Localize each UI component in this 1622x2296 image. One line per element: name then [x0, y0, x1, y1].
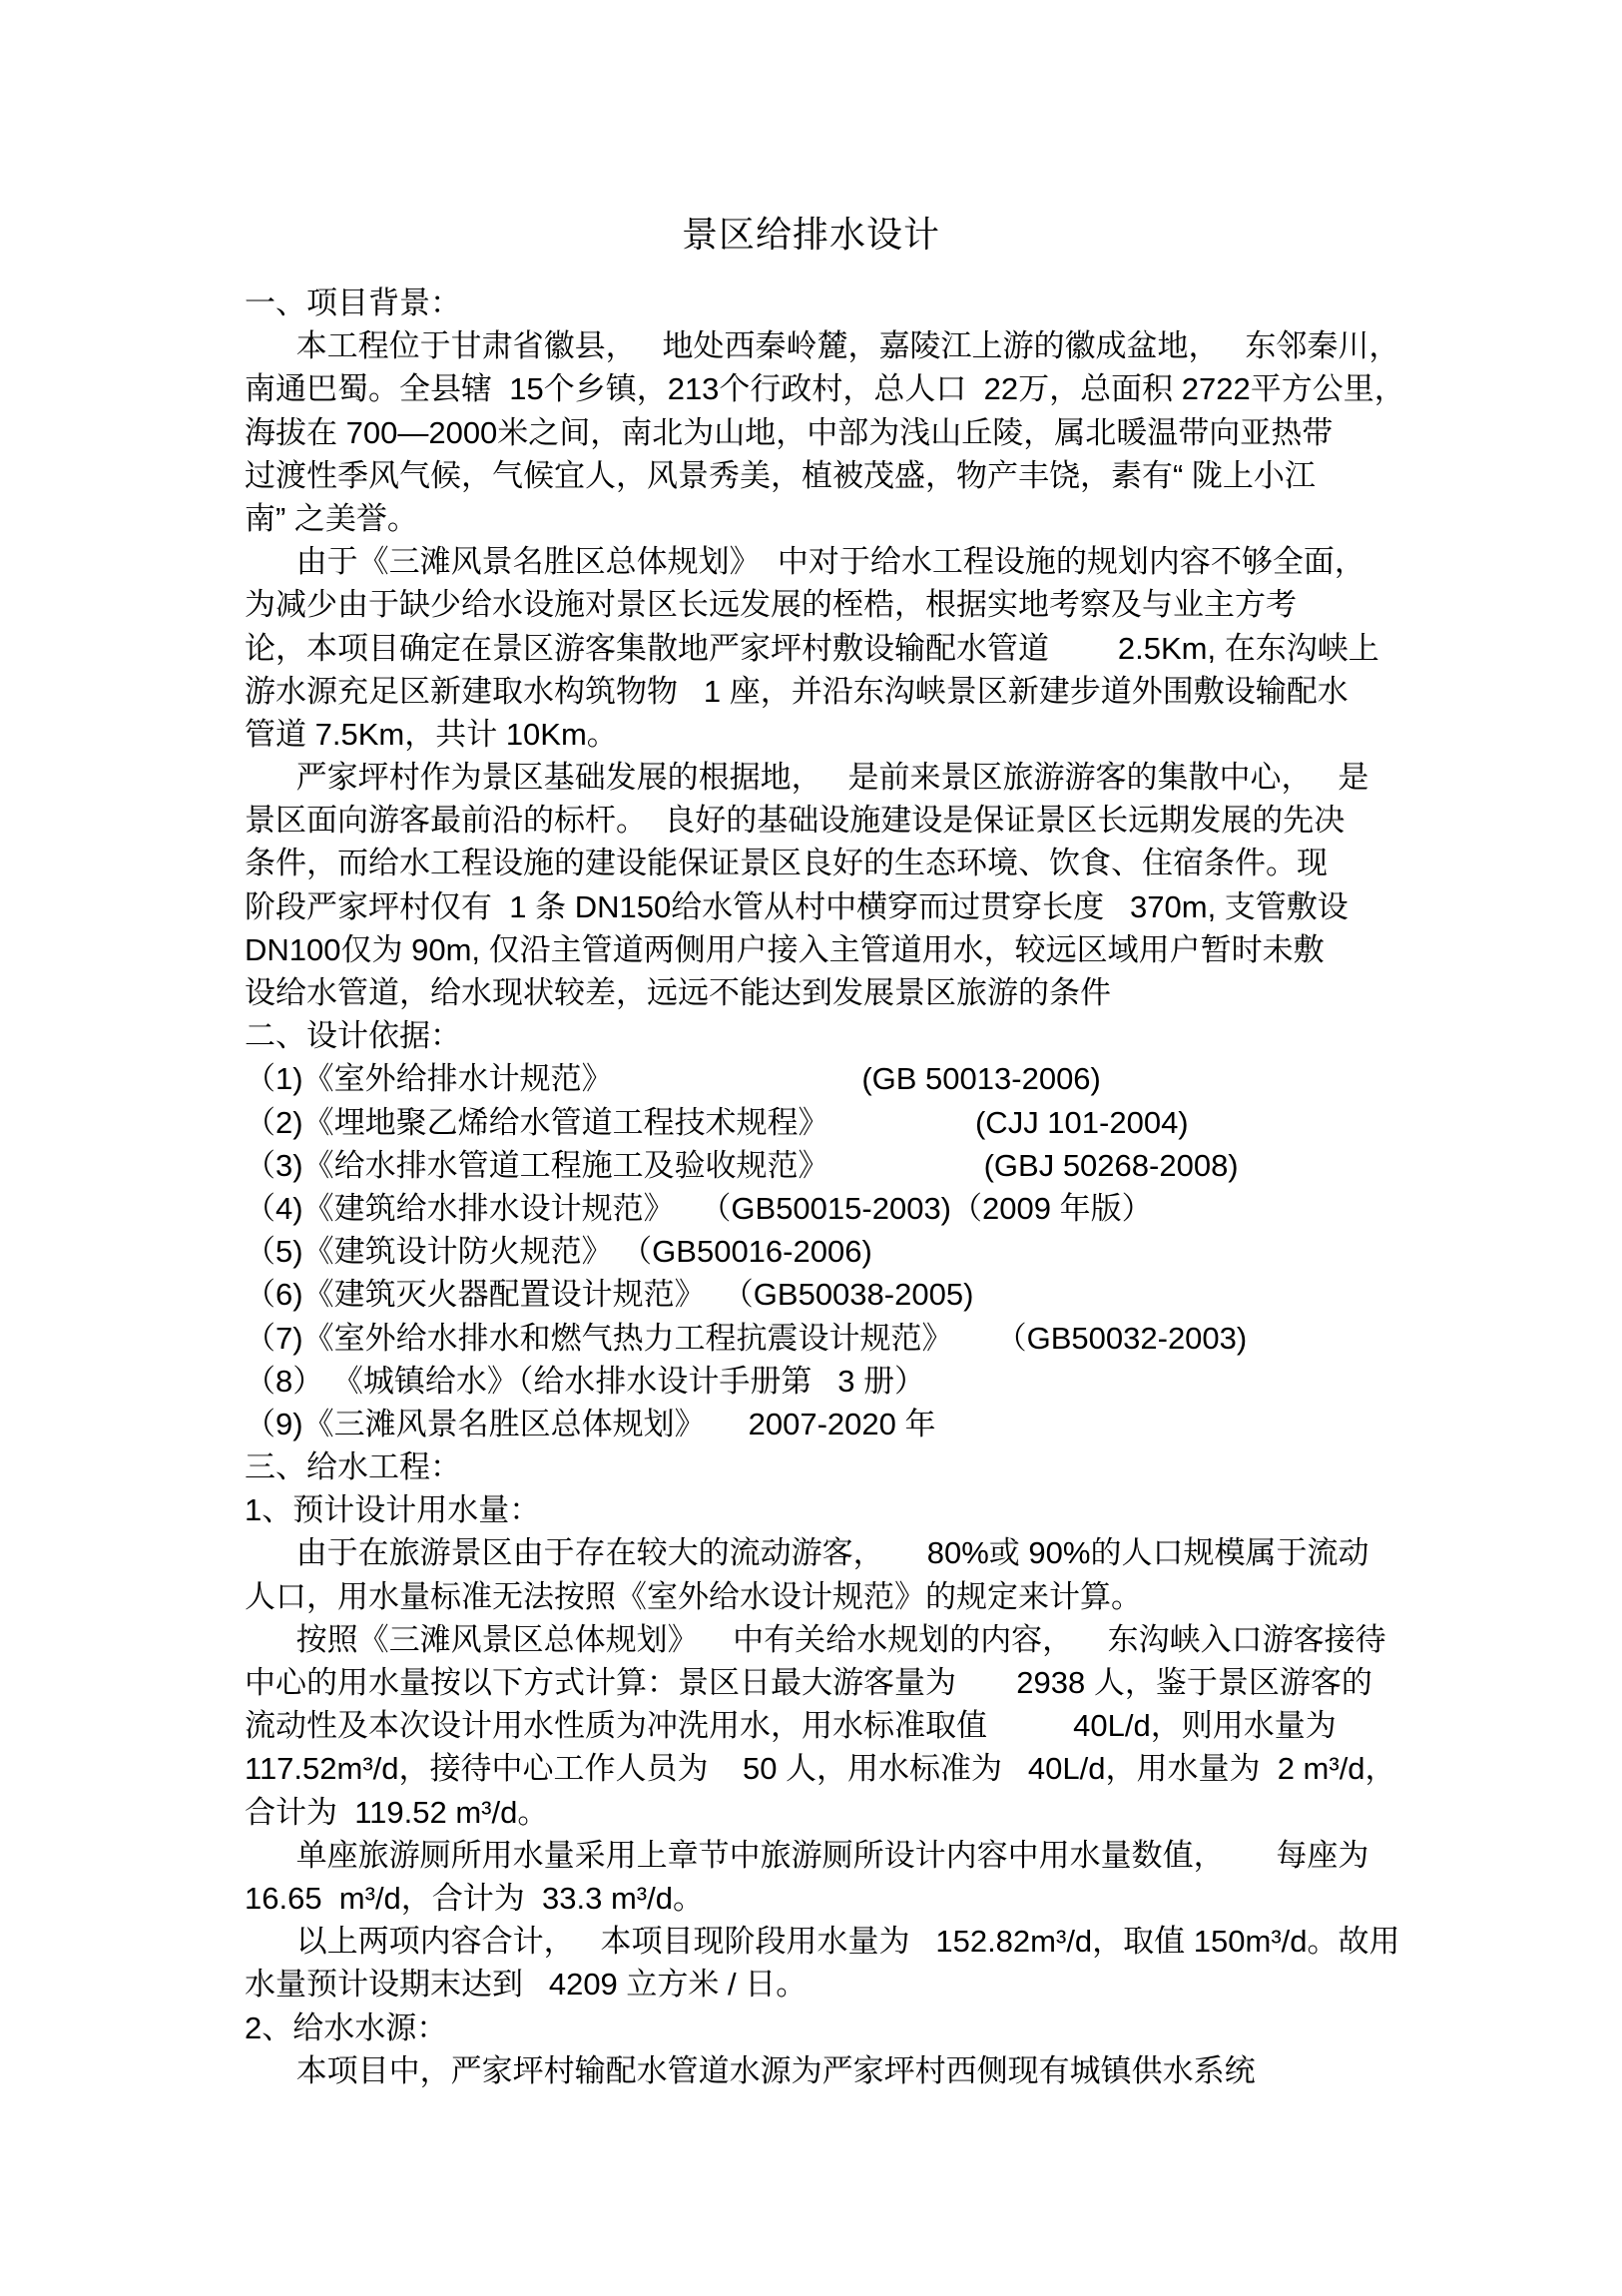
- document-line: （6)《建筑灭火器配置设计规范》 （GB50038-2005): [245, 1273, 1452, 1316]
- document-line: （4)《建筑给水排水设计规范》 （GB50015-2003)（2009 年版）: [245, 1187, 1452, 1230]
- document-line: 以上两项内容合计， 本项目现阶段用水量为 152.82m³/d，取值 150m³…: [245, 1920, 1452, 1963]
- document-line: 合计为 119.52 m³/d。: [245, 1791, 1452, 1834]
- document-line: 一、项目背景：: [245, 282, 1452, 324]
- document-line: （7)《室外给水排水和燃气热力工程抗震设计规范》 （GB50032-2003): [245, 1317, 1452, 1360]
- document-line: 2、给水水源：: [245, 2007, 1452, 2049]
- document-line: 流动性及本次设计用水性质为冲洗用水，用水标准取值 40L/d，则用水量为: [245, 1704, 1452, 1747]
- document-line: 人口，用水量标准无法按照《室外给水设计规范》的规定来计算。: [245, 1575, 1452, 1618]
- document-line: 二、设计依据：: [245, 1014, 1452, 1057]
- document-line: （9)《三滩风景名胜区总体规划》 2007-2020 年: [245, 1403, 1452, 1445]
- document-line: 三、给水工程：: [245, 1445, 1452, 1488]
- document-line: 水量预计设期末达到 4209 立方米 / 日。: [245, 1963, 1452, 2006]
- document-line: 按照《三滩风景区总体规划》 中有关给水规划的内容， 东沟峡入口游客接待: [245, 1618, 1452, 1661]
- document-line: 游水源充足区新建取水构筑物物 1 座，并沿东沟峡景区新建步道外围敷设输配水: [245, 670, 1452, 713]
- document-line: （2)《埋地聚乙烯给水管道工程技术规程》 (CJJ 101-2004): [245, 1101, 1452, 1144]
- document-line: 单座旅游厕所用水量采用上章节中旅游厕所设计内容中用水量数值， 每座为: [245, 1834, 1452, 1877]
- document-line: 设给水管道，给水现状较差，远远不能达到发展景区旅游的条件: [245, 971, 1452, 1014]
- document-line: 1、预计设计用水量：: [245, 1488, 1452, 1531]
- document-line: 严家坪村作为景区基础发展的根据地， 是前来景区旅游游客的集散中心， 是: [245, 756, 1452, 799]
- document-line: 本项目中，严家坪村输配水管道水源为严家坪村西侧现有城镇供水系统: [245, 2049, 1452, 2092]
- document-title: 景区给排水设计: [0, 213, 1622, 257]
- document-line: 为减少由于缺少给水设施对景区长远发展的桎梏，根据实地考察及与业主方考: [245, 583, 1452, 626]
- document-line: （8） 《城镇给水》（给水排水设计手册第 3 册）: [245, 1360, 1452, 1403]
- document-line: （1)《室外给排水计规范》 (GB 50013-2006): [245, 1057, 1452, 1100]
- document-line: 南通巴蜀。全县辖 15个乡镇，213个行政村，总人口 22万，总面积 2722平…: [245, 367, 1452, 410]
- document-line: 管道 7.5Km，共计 10Km。: [245, 713, 1452, 756]
- document-line: 由于《三滩风景名胜区总体规划》 中对于给水工程设施的规划内容不够全面，: [245, 540, 1452, 583]
- document-line: 景区面向游客最前沿的标杆。 良好的基础设施建设是保证景区长远期发展的先决: [245, 799, 1452, 842]
- document-line: 中心的用水量按以下方式计算：景区日最大游客量为 2938 人，鉴于景区游客的: [245, 1661, 1452, 1704]
- document-line: 本工程位于甘肃省徽县， 地处西秦岭麓，嘉陵江上游的徽成盆地， 东邻秦川，: [245, 324, 1452, 367]
- document-line: 117.52m³/d，接待中心工作人员为 50 人，用水标准为 40L/d，用水…: [245, 1747, 1452, 1790]
- document-line: 海拔在 700—2000米之间，南北为山地，中部为浅山丘陵，属北暖温带向亚热带: [245, 411, 1452, 454]
- document-page: 景区给排水设计 一、项目背景： 本工程位于甘肃省徽县， 地处西秦岭麓，嘉陵江上游…: [0, 0, 1622, 2296]
- document-line: 16.65 m³/d，合计为 33.3 m³/d。: [245, 1877, 1452, 1920]
- document-line: 南” 之美誉。: [245, 497, 1452, 540]
- document-line: 条件，而给水工程设施的建设能保证景区良好的生态环境、饮食、住宿条件。现: [245, 842, 1452, 884]
- document-line: 过渡性季风气候，气候宜人，风景秀美，植被茂盛，物产丰饶，素有“ 陇上小江: [245, 454, 1452, 497]
- document-line: 由于在旅游景区由于存在较大的流动游客， 80%或 90%的人口规模属于流动: [245, 1531, 1452, 1574]
- document-line: （5)《建筑设计防火规范》 （GB50016-2006): [245, 1230, 1452, 1273]
- document-line: 阶段严家坪村仅有 1 条 DN150给水管从村中横穿而过贯穿长度 370m, 支…: [245, 885, 1452, 928]
- document-line: 论，本项目确定在景区游客集散地严家坪村敷设输配水管道 2.5Km, 在东沟峡上: [245, 627, 1452, 670]
- document-line: DN100仅为 90m, 仅沿主管道两侧用户接入主管道用水，较远区域用户暂时未敷: [245, 928, 1452, 971]
- document-line: （3)《给水排水管道工程施工及验收规范》 (GBJ 50268-2008): [245, 1144, 1452, 1187]
- document-body: 一、项目背景： 本工程位于甘肃省徽县， 地处西秦岭麓，嘉陵江上游的徽成盆地， 东…: [245, 282, 1452, 2092]
